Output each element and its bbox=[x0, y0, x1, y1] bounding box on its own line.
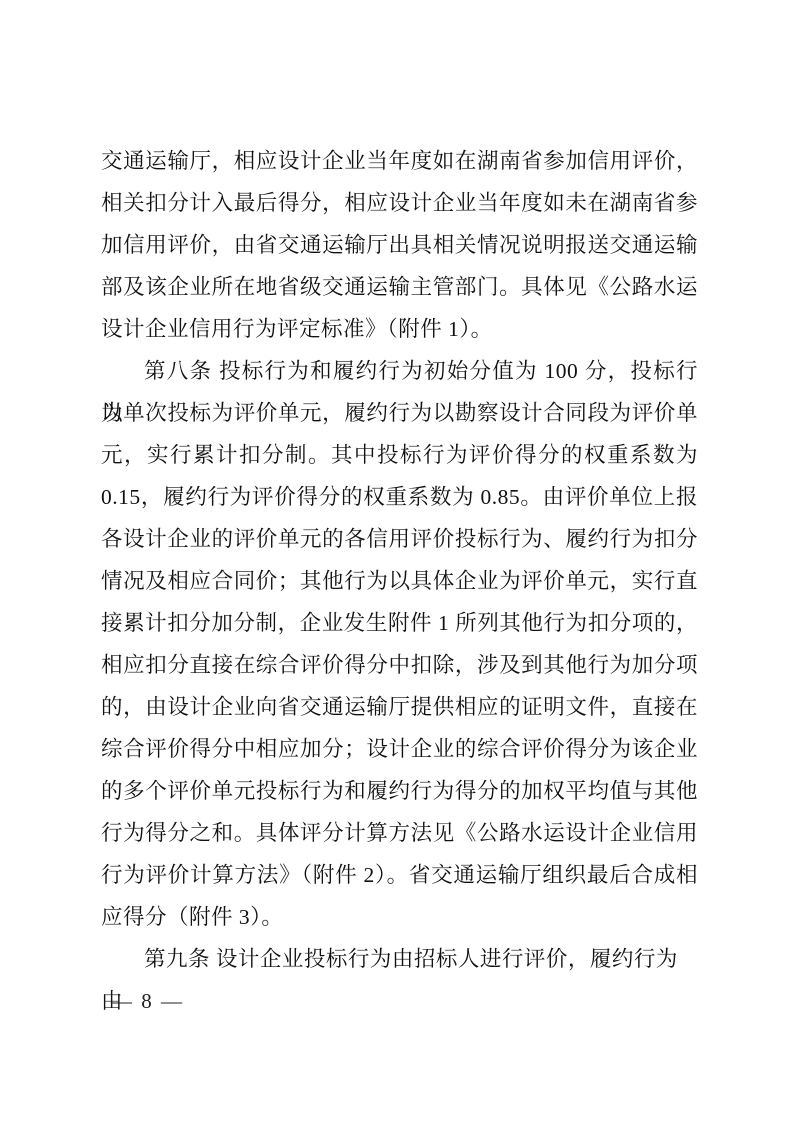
document-line: 部及该企业所在地省级交通运输主管部门。具体见《公路水运 bbox=[101, 266, 698, 308]
document-line: 接累计扣分加分制，企业发生附件 1 所列其他行为扣分项的， bbox=[101, 602, 698, 644]
document-line-article-9: 第九条 设计企业投标行为由招标人进行评价，履约行为由 bbox=[101, 938, 698, 980]
document-line: 综合评价得分中相应加分；设计企业的综合评价得分为该企业 bbox=[101, 728, 698, 770]
document-line: 设计企业信用行为评定标准》（附件 1）。 bbox=[101, 308, 698, 350]
document-line: 的，由设计企业向省交通运输厅提供相应的证明文件，直接在 bbox=[101, 686, 698, 728]
document-line: 的多个评价单元投标行为和履约行为得分的加权平均值与其他 bbox=[101, 770, 698, 812]
document-line: 相应扣分直接在综合评价得分中扣除，涉及到其他行为加分项 bbox=[101, 644, 698, 686]
document-line: 相关扣分计入最后得分，相应设计企业当年度如未在湖南省参 bbox=[101, 182, 698, 224]
document-line-article-8: 第八条 投标行为和履约行为初始分值为 100 分，投标行为 bbox=[101, 350, 698, 392]
document-line: 交通运输厅，相应设计企业当年度如在湖南省参加信用评价， bbox=[101, 140, 698, 182]
document-line: 以单次投标为评价单元，履约行为以勘察设计合同段为评价单 bbox=[101, 392, 698, 434]
document-line: 行为得分之和。具体评分计算方法见《公路水运设计企业信用 bbox=[101, 812, 698, 854]
document-line: 各设计企业的评价单元的各信用评价投标行为、履约行为扣分 bbox=[101, 518, 698, 560]
document-line: 行为评价计算方法》（附件 2）。省交通运输厅组织最后合成相 bbox=[101, 854, 698, 896]
document-body: 交通运输厅，相应设计企业当年度如在湖南省参加信用评价， 相关扣分计入最后得分，相… bbox=[101, 140, 698, 980]
document-line: 0.15，履约行为评价得分的权重系数为 0.85。由评价单位上报 bbox=[101, 476, 698, 518]
document-line: 加信用评价，由省交通运输厅出具相关情况说明报送交通运输 bbox=[101, 224, 698, 266]
document-line: 元，实行累计扣分制。其中投标行为评价得分的权重系数为 bbox=[101, 434, 698, 476]
document-page: 交通运输厅，相应设计企业当年度如在湖南省参加信用评价， 相关扣分计入最后得分，相… bbox=[0, 0, 793, 1122]
page-number: — 8 — bbox=[111, 988, 184, 1014]
document-line: 情况及相应合同价；其他行为以具体企业为评价单元，实行直 bbox=[101, 560, 698, 602]
document-line: 应得分（附件 3）。 bbox=[101, 896, 698, 938]
